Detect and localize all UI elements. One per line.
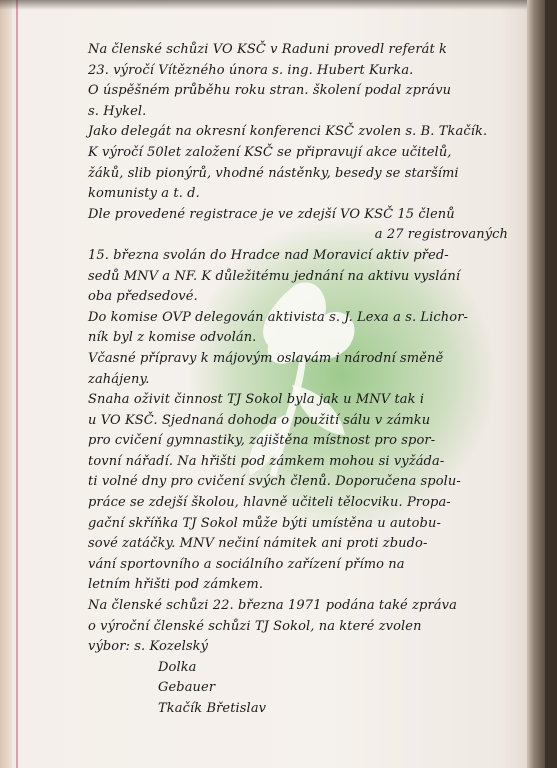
text-line: žáků, slib pionýrů, vhodné nástěnky, bes…: [88, 164, 528, 185]
text-line: ník byl z komise odvolán.: [88, 328, 528, 349]
text-line: letním hřišti pod zámkem.: [88, 575, 528, 596]
committee-member: Dolka: [88, 658, 528, 679]
handwritten-text: Na členské schůzi VO KSČ v Raduni proved…: [88, 40, 528, 720]
text-line: Dle provedené registrace je ve zdejší VO…: [88, 205, 528, 226]
text-line: 23. výročí Vítězného února s. ing. Huber…: [88, 61, 528, 82]
text-line: a 27 registrovaných: [88, 225, 528, 246]
text-line: výbor: s. Kozelský: [88, 637, 528, 658]
text-line: komunisty a t. d.: [88, 184, 528, 205]
text-line: s. Hykel.: [88, 102, 528, 123]
text-line: Na členské schůzi VO KSČ v Raduni proved…: [88, 40, 528, 61]
text-line: tovní nářadí. Na hřišti pod zámkem mohou…: [88, 452, 528, 473]
text-line: Jako delegát na okresní konferenci KSČ z…: [88, 122, 528, 143]
text-line: pro cvičení gymnastiky, zajištěna místno…: [88, 431, 528, 452]
text-line: vání sportovního a sociálního zařízení p…: [88, 555, 528, 576]
book-spine: [527, 0, 545, 768]
text-line: Včasné přípravy k májovým oslavám i náro…: [88, 349, 528, 370]
text-line: sedů MNV a NF. K důležitému jednání na a…: [88, 267, 528, 288]
text-line: ti volné dny pro cvičení svých členů. Do…: [88, 472, 528, 493]
text-line: o výroční členské schůzi TJ Sokol, na kt…: [88, 617, 528, 638]
committee-member: Gebauer: [88, 678, 528, 699]
notebook-page: Na členské schůzi VO KSČ v Raduni proved…: [0, 0, 545, 768]
text-line: K výročí 50let založení KSČ se připravuj…: [88, 143, 528, 164]
text-line: u VO KSČ. Sjednaná dohoda o použití sálu…: [88, 411, 528, 432]
text-line: oba předsedové.: [88, 287, 528, 308]
text-line: práce se zdejší školou, hlavně učiteli t…: [88, 493, 528, 514]
text-line: Na členské schůzi 22. března 1971 podána…: [88, 596, 528, 617]
text-line: Snaha oživit činnost TJ Sokol byla jak u…: [88, 390, 528, 411]
page-top-shadow: [0, 0, 545, 10]
text-line: O úspěšném průběhu roku stran. školení p…: [88, 81, 528, 102]
text-line: zahájeny.: [88, 370, 528, 391]
page-left-edge: [0, 0, 12, 768]
margin-line: [16, 0, 18, 768]
text-line: sové zatáčky. MNV nečiní námitek ani pro…: [88, 534, 528, 555]
text-line: Do komise OVP delegován aktivista s. J. …: [88, 308, 528, 329]
text-line: 15. března svolán do Hradce nad Moravicí…: [88, 246, 528, 267]
text-line: gační skříňka TJ Sokol může býti umístěn…: [88, 514, 528, 535]
committee-member: Tkačík Břetislav: [88, 699, 528, 720]
